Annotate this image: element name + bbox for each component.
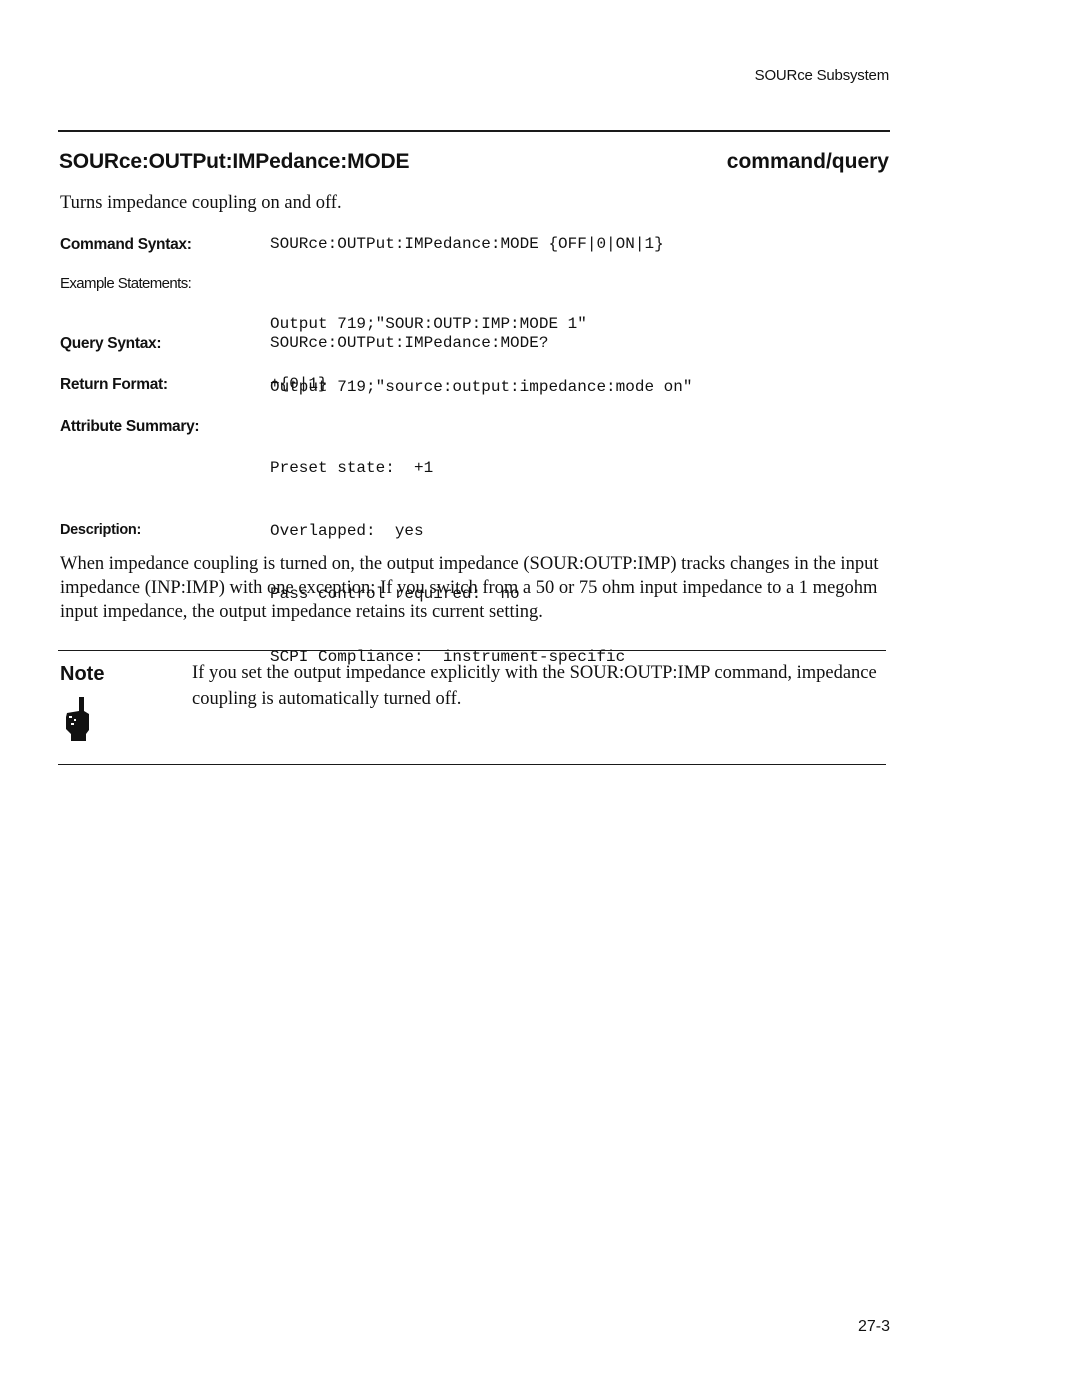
command-syntax-label: Command Syntax:: [60, 236, 192, 254]
divider: [58, 650, 886, 651]
command-intro: Turns impedance coupling on and off.: [60, 193, 342, 214]
running-header: SOURce Subsystem: [755, 67, 889, 84]
command-title: SOURce:OUTPut:IMPedance:MODE: [59, 150, 409, 174]
pointing-hand-icon: [62, 697, 96, 741]
example-statement: Output 719;"source:output:impedance:mode…: [270, 377, 692, 398]
page-number: 27-3: [858, 1318, 890, 1336]
attribute-line: Overlapped: yes: [270, 521, 625, 542]
description-text: When impedance coupling is turned on, th…: [60, 552, 890, 624]
description-label: Description:: [60, 522, 141, 538]
command-type: command/query: [727, 150, 889, 174]
example-statements-label: Example Statements:: [60, 275, 191, 292]
divider: [58, 130, 890, 132]
example-statement: Output 719;"SOUR:OUTP:IMP:MODE 1": [270, 314, 692, 335]
note-label: Note: [60, 663, 104, 686]
divider: [58, 764, 886, 765]
note-text: If you set the output impedance explicit…: [192, 660, 882, 712]
command-syntax-value: SOURce:OUTPut:IMPedance:MODE {OFF|0|ON|1…: [270, 234, 664, 255]
query-syntax-label: Query Syntax:: [60, 335, 161, 353]
return-format-label: Return Format:: [60, 376, 168, 394]
attribute-line: Preset state: +1: [270, 458, 625, 479]
return-format-value: +{0|1}: [270, 374, 328, 395]
query-syntax-value: SOURce:OUTPut:IMPedance:MODE?: [270, 333, 548, 354]
attribute-summary-label: Attribute Summary:: [60, 418, 199, 436]
